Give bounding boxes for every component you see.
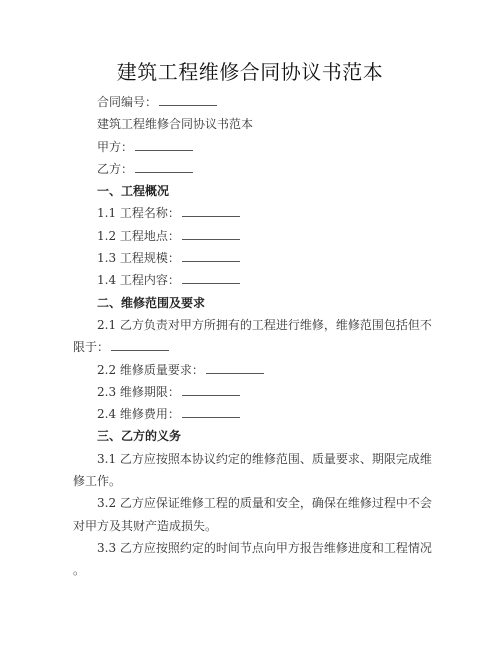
project-content-field: 1.4 工程内容：: [73, 269, 419, 291]
project-location-field: 1.2 工程地点：: [73, 225, 419, 247]
repair-scope-paragraph-line2: 限于：: [73, 336, 419, 358]
project-name-blank[interactable]: [182, 206, 240, 217]
obligation-3-3-line2: 。: [73, 559, 419, 581]
document-body: 合同编号： 建筑工程维修合同协议书范本 甲方： 乙方： 一、工程概况 1.1 工…: [73, 91, 419, 582]
party-a-label: 甲方：: [97, 140, 133, 154]
document-title: 建筑工程维修合同协议书范本: [0, 59, 500, 85]
repair-cost-field: 2.4 维修费用：: [73, 403, 419, 425]
party-b-label: 乙方：: [97, 162, 133, 176]
obligation-3-2-line2: 对甲方及其财产造成损失。: [73, 515, 419, 537]
document-page: 建筑工程维修合同协议书范本 合同编号： 建筑工程维修合同协议书范本 甲方： 乙方…: [0, 0, 500, 647]
project-name-label: 1.1 工程名称：: [97, 206, 180, 220]
repair-quality-blank[interactable]: [206, 363, 264, 374]
repair-cost-label: 2.4 维修费用：: [97, 407, 180, 421]
section-heading-project-overview: 一、工程概况: [73, 180, 419, 202]
party-b-blank[interactable]: [135, 162, 193, 173]
repair-scope-paragraph-line1: 2.1 乙方负责对甲方所拥有的工程进行维修，维修范围包括但不: [73, 314, 419, 336]
repair-cost-blank[interactable]: [182, 407, 240, 418]
subtitle-line: 建筑工程维修合同协议书范本: [73, 113, 419, 135]
repair-scope-label: 限于：: [73, 340, 109, 354]
section-heading-party-b-obligations: 三、乙方的义务: [73, 425, 419, 447]
project-scale-label: 1.3 工程规模：: [97, 251, 180, 265]
contract-number-label: 合同编号：: [97, 95, 157, 109]
repair-scope-blank[interactable]: [111, 340, 169, 351]
project-scale-blank[interactable]: [182, 251, 240, 262]
obligation-3-3-line1: 3.3 乙方应按照约定的时间节点向甲方报告维修进度和工程情况: [73, 537, 419, 559]
party-a-field: 甲方：: [73, 136, 419, 158]
project-content-label: 1.4 工程内容：: [97, 273, 180, 287]
contract-number-blank[interactable]: [159, 95, 217, 106]
repair-period-label: 2.3 维修期限：: [97, 385, 180, 399]
project-name-field: 1.1 工程名称：: [73, 202, 419, 224]
obligation-3-1-line1: 3.1 乙方应按照本协议约定的维修范围、质量要求、期限完成维: [73, 448, 419, 470]
subtitle-text: 建筑工程维修合同协议书范本: [97, 117, 253, 131]
party-b-field: 乙方：: [73, 158, 419, 180]
repair-quality-label: 2.2 维修质量要求：: [97, 363, 204, 377]
project-location-label: 1.2 工程地点：: [97, 229, 180, 243]
project-scale-field: 1.3 工程规模：: [73, 247, 419, 269]
project-content-blank[interactable]: [182, 273, 240, 284]
obligation-3-1-line2: 修工作。: [73, 470, 419, 492]
contract-number-field: 合同编号：: [73, 91, 419, 113]
repair-period-field: 2.3 维修期限：: [73, 381, 419, 403]
section-heading-repair-scope: 二、维修范围及要求: [73, 292, 419, 314]
repair-period-blank[interactable]: [182, 385, 240, 396]
project-location-blank[interactable]: [182, 229, 240, 240]
repair-quality-field: 2.2 维修质量要求：: [73, 359, 419, 381]
obligation-3-2-line1: 3.2 乙方应保证维修工程的质量和安全，确保在维修过程中不会: [73, 492, 419, 514]
party-a-blank[interactable]: [135, 140, 193, 151]
